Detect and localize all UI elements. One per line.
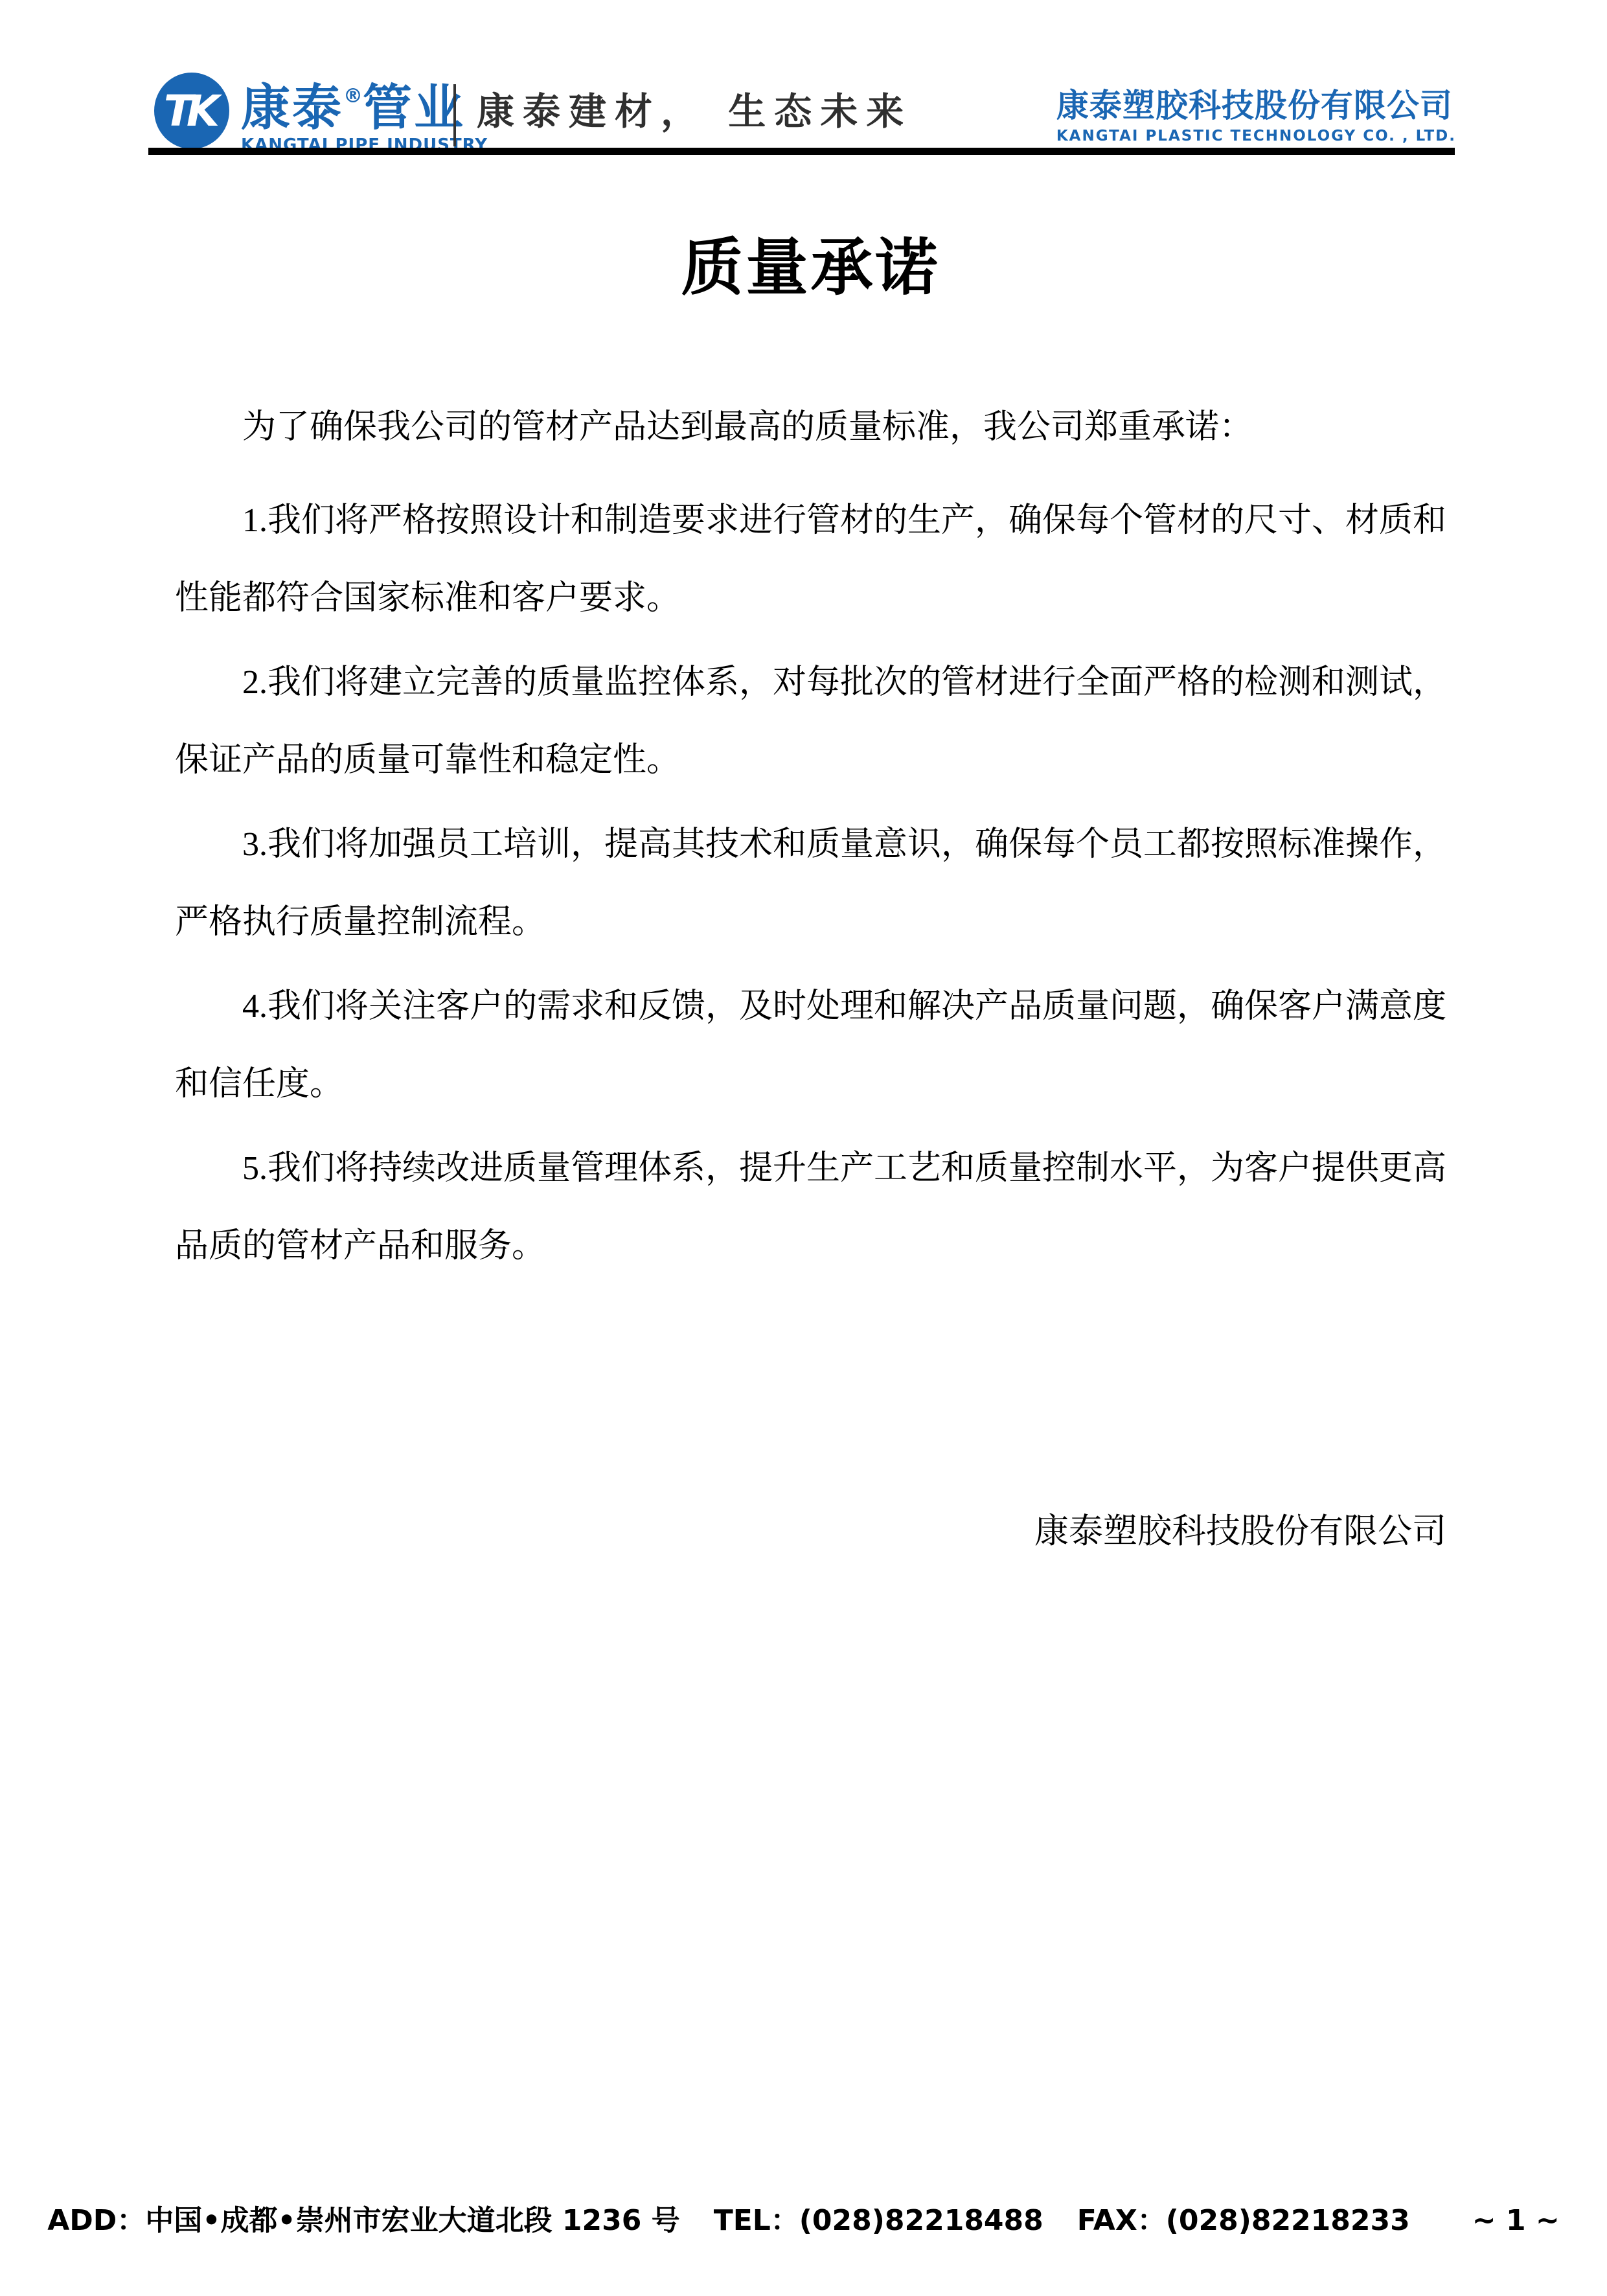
page-number: ~ 1 ~: [1472, 2203, 1560, 2239]
brand-cn-left: 康泰: [241, 78, 343, 136]
company-name-block: 康泰塑胶科技股份有限公司 KANGTAI PLASTIC TECHNOLOGY …: [1056, 87, 1456, 146]
intro-paragraph: 为了确保我公司的管材产品达到最高的质量标准，我公司郑重承诺：: [175, 389, 1446, 466]
commitment-item-1: 1.我们将严格按照设计和制造要求进行管材的生产，确保每个管材的尺寸、材质和性能都…: [175, 482, 1446, 637]
tk-monogram: TK: [164, 86, 213, 136]
commitment-item-4: 4.我们将关注客户的需求和反馈，及时处理和解决产品质量问题，确保客户满意度和信任…: [175, 968, 1446, 1123]
brand-cn-right: 管业: [363, 78, 465, 136]
page-footer: ADD：中国•成都•崇州市宏业大道北段 1236 号 TEL：(028)8221…: [0, 2203, 1607, 2239]
tk-logo-icon: TK: [154, 73, 229, 149]
company-name-en: KANGTAI PLASTIC TECHNOLOGY CO. , LTD.: [1056, 126, 1456, 146]
page-title: 质量承诺: [175, 228, 1446, 308]
brand-name-cn: 康泰®管业: [241, 75, 488, 134]
brand-block: 康泰®管业 KANGTAI PIPE INDUSTRY: [241, 75, 488, 155]
commitment-item-2: 2.我们将建立完善的质量监控体系，对每批次的管材进行全面严格的检测和测试，保证产…: [175, 644, 1446, 799]
commitment-item-5: 5.我们将持续改进质量管理体系，提升生产工艺和质量控制水平，为客户提供更高品质的…: [175, 1130, 1446, 1285]
footer-fax: FAX：(028)82218233: [1077, 2203, 1410, 2239]
header-vertical-divider: [453, 84, 456, 146]
company-name-cn: 康泰塑胶科技股份有限公司: [1056, 87, 1456, 124]
header-divider-rule: [148, 148, 1455, 155]
footer-tel: TEL：(028)82218488: [714, 2203, 1043, 2239]
document-page: { "header": { "logo": { "monogram": "TK"…: [0, 0, 1607, 2296]
commitment-item-3: 3.我们将加强员工培训，提高其技术和质量意识，确保每个员工都按照标准操作，严格执…: [175, 806, 1446, 961]
registered-trademark-icon: ®: [343, 85, 363, 108]
brand-tagline: 康泰建材， 生态未来: [477, 92, 912, 131]
letterhead: TK 康泰®管业 KANGTAI PIPE INDUSTRY 康泰建材， 生态未…: [0, 0, 1607, 155]
document-body: 为了确保我公司的管材产品达到最高的质量标准，我公司郑重承诺： 1.我们将严格按照…: [175, 389, 1446, 1292]
footer-address: ADD：中国•成都•崇州市宏业大道北段 1236 号: [47, 2203, 679, 2239]
signature-company-name: 康泰塑胶科技股份有限公司: [175, 1493, 1446, 1570]
